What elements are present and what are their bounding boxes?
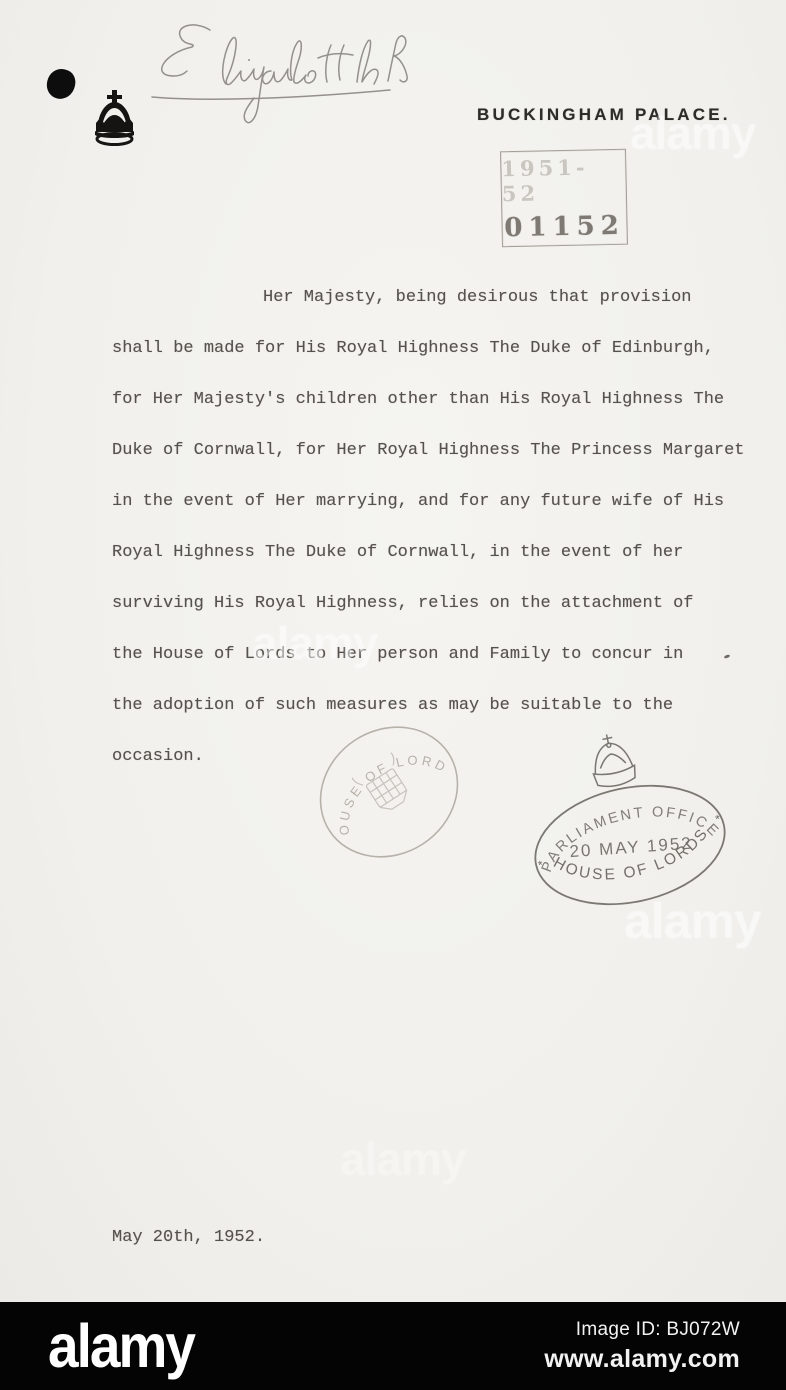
registry-number-stamp: 1951-52 01152 (500, 149, 628, 248)
footer-info: Image ID: BJ072W www.alamy.com (544, 1319, 740, 1374)
body-line: shall be made for His Royal Highness The… (112, 323, 760, 374)
registry-number: 01152 (504, 210, 625, 243)
body-line: the House of Lords to Her person and Fam… (112, 629, 760, 680)
svg-text:HOUSE OF LORDS: HOUSE OF LORDS (303, 712, 455, 856)
signature-elizabeth-r: Elizabeth R (140, 18, 410, 138)
body-line: for Her Majesty's children other than Hi… (112, 374, 760, 425)
letter-body: Her Majesty, being desirous that provisi… (112, 272, 760, 782)
body-line: in the event of Her marrying, and for an… (112, 476, 760, 527)
punch-hole (44, 66, 78, 101)
alamy-logo: alamy (48, 1315, 194, 1377)
session-year-stamp: 1951-52 (501, 153, 626, 206)
body-line: Duke of Cornwall, for Her Royal Highness… (112, 425, 760, 476)
letter-page: Elizabeth R BUCKINGHAM PALACE. 1951-52 0… (0, 0, 786, 1302)
alamy-url-text: www.alamy.com (544, 1345, 740, 1374)
royal-crown-emblem-icon (91, 89, 137, 147)
letter-date: May 20th, 1952. (112, 1228, 265, 1247)
alamy-footer-bar: alamy Image ID: BJ072W www.alamy.com (0, 1302, 786, 1390)
house-of-lords-round-stamp: HOUSE OF LORDS (303, 712, 475, 872)
body-line: surviving His Royal Highness, relies on … (112, 578, 760, 629)
parliament-office-date-stamp: PARLIAMENT OFFICE 20 MAY 1952 HOUSE OF L… (505, 712, 757, 924)
body-line: Her Majesty, being desirous that provisi… (112, 272, 760, 323)
image-id-text: Image ID: BJ072W (544, 1319, 740, 1341)
body-line: Royal Highness The Duke of Cornwall, in … (112, 527, 760, 578)
alamy-watermark: alamy (340, 1132, 465, 1186)
letterhead-title: BUCKINGHAM PALACE. (477, 105, 731, 125)
